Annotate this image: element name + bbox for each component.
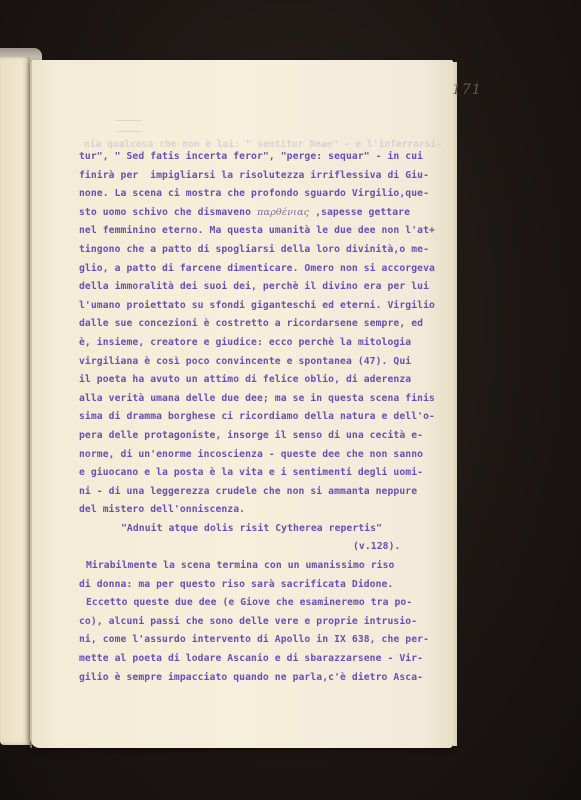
text-line: co), alcuni passi che sono delle vere e … xyxy=(79,613,479,632)
text-line: sto uomo schivo che dismaveno παρθένιας … xyxy=(79,204,479,223)
handwritten-greek-word: παρθένιας xyxy=(257,207,309,218)
text-line: virgiliana è così poco convincente e spo… xyxy=(79,353,479,372)
text-line: pera delle protagoniste, insorge il sens… xyxy=(79,427,479,446)
text-line: l'umano proiettato su sfondi giganteschi… xyxy=(79,297,479,316)
text-line: tingono che a patto di spogliarsi della … xyxy=(79,241,479,260)
text-line: (v.128). xyxy=(79,538,479,557)
text-line: ni - di una leggerezza crudele che non s… xyxy=(79,483,479,502)
typewritten-body: tur", " Sed fatis incerta feror", "perge… xyxy=(79,148,479,687)
text-line: è, insieme, creatore e giudice: ecco per… xyxy=(79,334,479,353)
text-line: tur", " Sed fatis incerta feror", "perge… xyxy=(79,148,479,167)
text-line: sima di dramma borghese ci ricordiamo de… xyxy=(79,408,479,427)
text-line: della immoralità dei suoi dei, perchè il… xyxy=(79,278,479,297)
handwritten-page-number: 171 xyxy=(452,82,482,98)
text-line: gilio è sempre impacciato quando ne parl… xyxy=(79,669,479,688)
text-line: none. La scena ci mostra che profondo sg… xyxy=(79,185,479,204)
text-line: dalle sue concezioni è costretto a ricor… xyxy=(79,315,479,334)
page-gutter xyxy=(30,60,32,748)
text-line: nel femminino eterno. Ma questa umanità … xyxy=(79,222,479,241)
text-line: Mirabilmente la scena termina con un uma… xyxy=(79,557,479,576)
text-line: mette al poeta di lodare Ascanio e di sb… xyxy=(79,650,479,669)
text-line: finirà per impigliarsi la risolutezza ir… xyxy=(79,167,479,186)
text-line: alla verità umana delle due dee; ma se i… xyxy=(79,390,479,409)
faint-stamp-mark xyxy=(116,120,142,132)
text-line: ni, come l'assurdo intervento di Apollo … xyxy=(79,631,479,650)
text-line: "Adnuit atque dolis risit Cytherea reper… xyxy=(79,520,479,539)
text-line: e giuocano e la posta è la vita e i sent… xyxy=(79,464,479,483)
text-line: il poeta ha avuto un attimo di felice ob… xyxy=(79,371,479,390)
text-line: di donna: ma per questo riso sarà sacrif… xyxy=(79,576,479,595)
text-line: norme, di un'enorme incoscienza - queste… xyxy=(79,446,479,465)
text-line: Eccetto queste due dee (e Giove che esam… xyxy=(79,594,479,613)
text-line: del mistero dell'onniscenza. xyxy=(79,501,479,520)
text-line: glio, a patto di farcene dimenticare. Om… xyxy=(79,260,479,279)
left-page-edge xyxy=(0,57,30,745)
